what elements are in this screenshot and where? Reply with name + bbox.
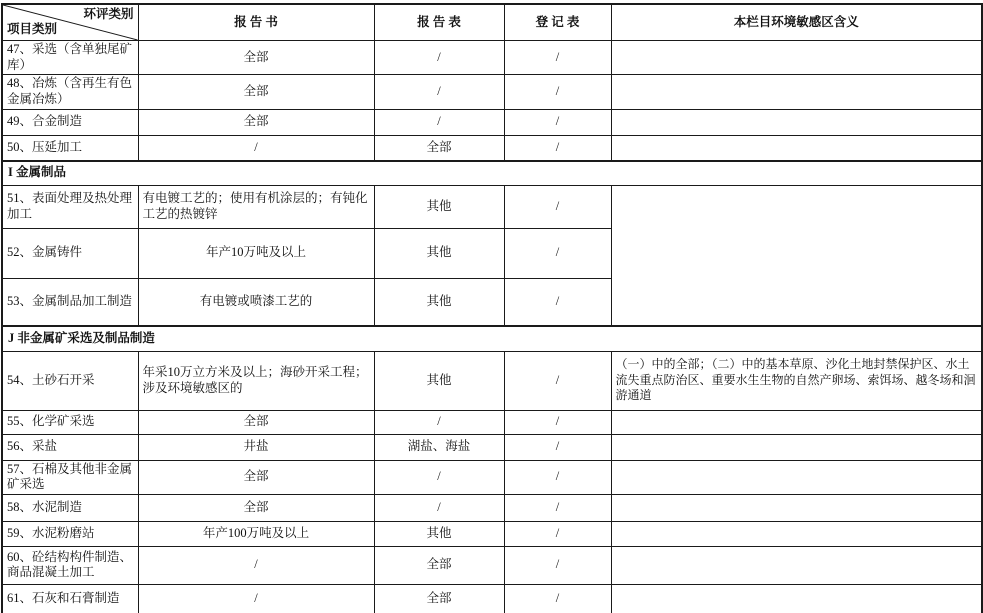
eia-category-table: 环评类别 项目类别 报 告 书 报 告 表 登 记 表 本栏目环境敏感区含义 4… <box>1 3 983 613</box>
report-form-cell: / <box>374 460 504 494</box>
sensitive-area-cell <box>611 75 982 109</box>
diagonal-header-cell: 环评类别 项目类别 <box>2 4 138 41</box>
project-category-cell: 57、石棉及其他非金属矿采选 <box>2 460 138 494</box>
report-form-cell: 全部 <box>374 135 504 161</box>
project-category-cell: 51、表面处理及热处理加工 <box>2 185 138 228</box>
header-report-book: 报 告 书 <box>138 4 374 41</box>
table-row: 50、压延加工/全部/ <box>2 135 982 161</box>
table-row: 48、冶炼（含再生有色金属冶炼）全部// <box>2 75 982 109</box>
project-category-cell: 56、采盐 <box>2 434 138 460</box>
sensitive-area-cell <box>611 460 982 494</box>
section-label: I 金属制品 <box>2 161 982 185</box>
sensitive-area-cell <box>611 185 982 326</box>
header-project-category: 项目类别 <box>7 22 57 38</box>
report-book-cell: / <box>138 584 374 613</box>
report-form-cell: 全部 <box>374 584 504 613</box>
report-form-cell: 其他 <box>374 185 504 228</box>
report-form-cell: 其他 <box>374 228 504 278</box>
report-book-cell: 全部 <box>138 41 374 75</box>
project-category-cell: 49、合金制造 <box>2 109 138 135</box>
project-category-cell: 53、金属制品加工制造 <box>2 278 138 326</box>
project-category-cell: 52、金属铸件 <box>2 228 138 278</box>
header-row: 环评类别 项目类别 报 告 书 报 告 表 登 记 表 本栏目环境敏感区含义 <box>2 4 982 41</box>
sensitive-area-cell <box>611 546 982 584</box>
sensitive-area-cell <box>611 41 982 75</box>
sensitive-area-cell <box>611 494 982 521</box>
project-category-cell: 47、采选（含单独尾矿库） <box>2 41 138 75</box>
report-form-cell: 其他 <box>374 521 504 546</box>
registration-form-cell: / <box>504 41 611 75</box>
report-form-cell: 全部 <box>374 546 504 584</box>
registration-form-cell: / <box>504 109 611 135</box>
table-row: 58、水泥制造全部// <box>2 494 982 521</box>
registration-form-cell: / <box>504 460 611 494</box>
registration-form-cell: / <box>504 135 611 161</box>
report-book-cell: 全部 <box>138 75 374 109</box>
report-book-cell: 全部 <box>138 109 374 135</box>
sensitive-area-cell <box>611 584 982 613</box>
table-row: 57、石棉及其他非金属矿采选全部// <box>2 460 982 494</box>
table-row: 59、水泥粉磨站年产100万吨及以上其他/ <box>2 521 982 546</box>
header-report-form: 报 告 表 <box>374 4 504 41</box>
registration-form-cell: / <box>504 278 611 326</box>
report-book-cell: / <box>138 546 374 584</box>
section-row: I 金属制品 <box>2 161 982 185</box>
report-form-cell: / <box>374 494 504 521</box>
report-book-cell: 年产100万吨及以上 <box>138 521 374 546</box>
report-book-cell: 全部 <box>138 410 374 434</box>
project-category-cell: 61、石灰和石膏制造 <box>2 584 138 613</box>
report-form-cell: / <box>374 41 504 75</box>
table-row: 49、合金制造全部// <box>2 109 982 135</box>
header-sensitive-area-meaning: 本栏目环境敏感区含义 <box>611 4 982 41</box>
table-row: 61、石灰和石膏制造/全部/ <box>2 584 982 613</box>
report-form-cell: 其他 <box>374 278 504 326</box>
table-header: 环评类别 项目类别 报 告 书 报 告 表 登 记 表 本栏目环境敏感区含义 <box>2 4 982 41</box>
registration-form-cell: / <box>504 521 611 546</box>
sensitive-area-cell <box>611 410 982 434</box>
project-category-cell: 60、砼结构构件制造、商品混凝土加工 <box>2 546 138 584</box>
table-body: 47、采选（含单独尾矿库）全部//48、冶炼（含再生有色金属冶炼）全部//49、… <box>2 41 982 613</box>
table-row: 54、土砂石开采年采10万立方米及以上；海砂开采工程；涉及环境敏感区的其他/（一… <box>2 351 982 410</box>
registration-form-cell: / <box>504 351 611 410</box>
report-form-cell: 其他 <box>374 351 504 410</box>
registration-form-cell: / <box>504 185 611 228</box>
registration-form-cell: / <box>504 75 611 109</box>
project-category-cell: 55、化学矿采选 <box>2 410 138 434</box>
header-eia-category: 环评类别 <box>83 7 133 23</box>
report-book-cell: 年产10万吨及以上 <box>138 228 374 278</box>
report-form-cell: / <box>374 75 504 109</box>
report-form-cell: / <box>374 109 504 135</box>
registration-form-cell: / <box>504 546 611 584</box>
registration-form-cell: / <box>504 410 611 434</box>
registration-form-cell: / <box>504 494 611 521</box>
document-page: 环评类别 项目类别 报 告 书 报 告 表 登 记 表 本栏目环境敏感区含义 4… <box>0 0 983 613</box>
report-book-cell: 有电镀工艺的；使用有机涂层的；有钝化工艺的热镀锌 <box>138 185 374 228</box>
sensitive-area-cell: （一）中的全部；（二）中的基本草原、沙化土地封禁保护区、水土流失重点防治区、重要… <box>611 351 982 410</box>
report-book-cell: 有电镀或喷漆工艺的 <box>138 278 374 326</box>
registration-form-cell: / <box>504 434 611 460</box>
project-category-cell: 50、压延加工 <box>2 135 138 161</box>
header-registration-form: 登 记 表 <box>504 4 611 41</box>
project-category-cell: 58、水泥制造 <box>2 494 138 521</box>
section-row: J 非金属矿采选及制品制造 <box>2 326 982 351</box>
sensitive-area-cell <box>611 521 982 546</box>
project-category-cell: 48、冶炼（含再生有色金属冶炼） <box>2 75 138 109</box>
report-book-cell: 全部 <box>138 494 374 521</box>
table-row: 51、表面处理及热处理加工有电镀工艺的；使用有机涂层的；有钝化工艺的热镀锌其他/ <box>2 185 982 228</box>
table-row: 55、化学矿采选全部// <box>2 410 982 434</box>
report-book-cell: 井盐 <box>138 434 374 460</box>
table-row: 56、采盐井盐湖盐、海盐/ <box>2 434 982 460</box>
project-category-cell: 59、水泥粉磨站 <box>2 521 138 546</box>
report-book-cell: 年采10万立方米及以上；海砂开采工程；涉及环境敏感区的 <box>138 351 374 410</box>
sensitive-area-cell <box>611 434 982 460</box>
report-form-cell: 湖盐、海盐 <box>374 434 504 460</box>
table-row: 60、砼结构构件制造、商品混凝土加工/全部/ <box>2 546 982 584</box>
table-row: 47、采选（含单独尾矿库）全部// <box>2 41 982 75</box>
report-book-cell: / <box>138 135 374 161</box>
sensitive-area-cell <box>611 109 982 135</box>
registration-form-cell: / <box>504 228 611 278</box>
registration-form-cell: / <box>504 584 611 613</box>
sensitive-area-cell <box>611 135 982 161</box>
project-category-cell: 54、土砂石开采 <box>2 351 138 410</box>
report-book-cell: 全部 <box>138 460 374 494</box>
report-form-cell: / <box>374 410 504 434</box>
section-label: J 非金属矿采选及制品制造 <box>2 326 982 351</box>
